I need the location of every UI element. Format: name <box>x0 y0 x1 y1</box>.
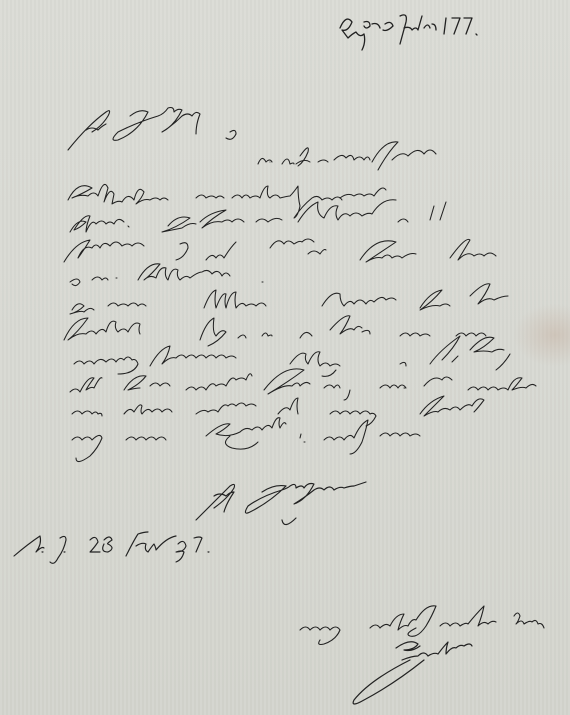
body-line-9-strokes <box>70 369 536 400</box>
body-line-10-strokes <box>72 396 484 426</box>
closing-salutation-strokes <box>196 482 366 525</box>
letter-page: Resp. 28. Julii 1797. Hochwohlgeboren bi… <box>0 0 570 715</box>
handwriting-strokes <box>0 0 570 715</box>
salutation-strokes <box>68 108 236 151</box>
body-line-1-strokes <box>258 142 436 170</box>
body-line-11-strokes <box>72 418 420 462</box>
body-line-2-strokes <box>68 184 386 218</box>
body-line-3-strokes <box>70 200 446 232</box>
docket-strokes <box>340 15 477 50</box>
body-line-7-strokes <box>64 316 486 346</box>
body-line-5-strokes <box>70 264 263 286</box>
valediction-strokes <box>300 606 544 645</box>
date-line-strokes <box>14 532 209 563</box>
body-line-8-strokes <box>74 336 510 376</box>
body-line-6-strokes <box>70 284 508 314</box>
signature-strokes <box>353 642 472 704</box>
body-line-4-strokes <box>64 239 496 262</box>
